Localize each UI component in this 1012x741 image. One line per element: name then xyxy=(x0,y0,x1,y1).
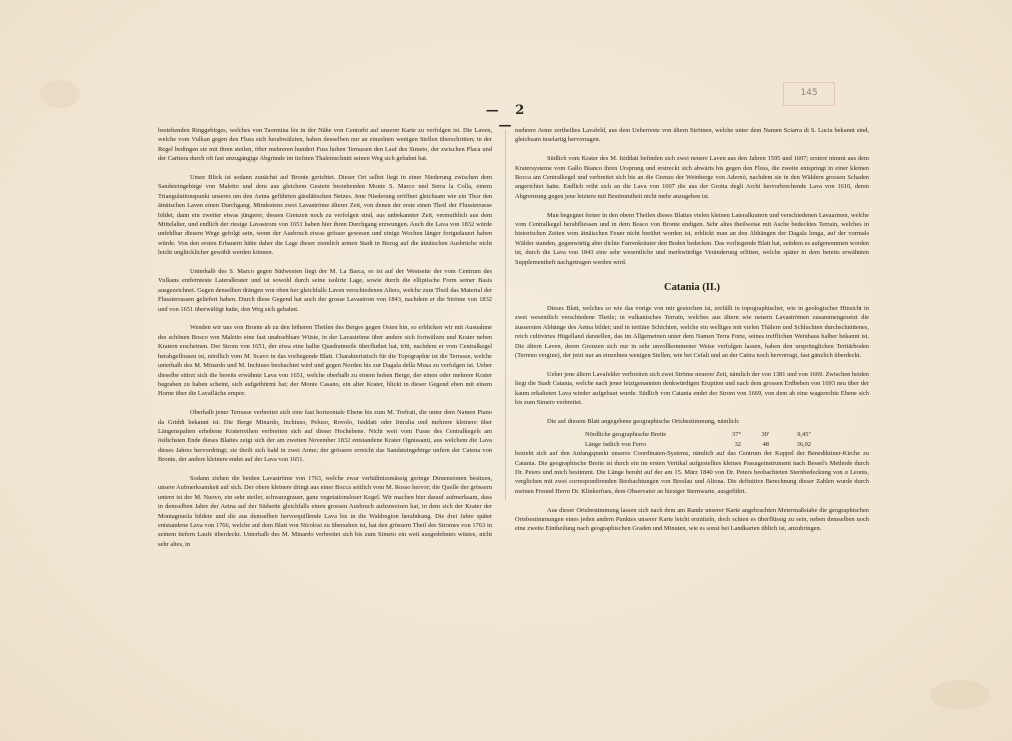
coordinate-minutes: 48 xyxy=(741,440,769,449)
paragraph: Ueber jene ältern Lavafelder verbreiten … xyxy=(515,370,869,408)
coordinate-degrees: 32 xyxy=(713,440,741,449)
paragraph: Unser Blick ist sodann zunächst auf Bron… xyxy=(158,173,492,258)
section-title: Catania (II.) xyxy=(515,281,869,295)
paragraph: Aus dieser Ortsbestimmung lassen sich na… xyxy=(515,506,869,534)
column-divider xyxy=(505,130,506,500)
coordinate-seconds: 9,45" xyxy=(769,430,811,439)
paragraph: Sodann ziehen die beiden Lavaströme von … xyxy=(158,474,492,549)
paragraph: mehrere Arme zertheiltes Lavafeld, aus d… xyxy=(515,126,869,145)
paper-stain xyxy=(40,80,80,108)
coordinate-label: Länge östlich von Ferro xyxy=(585,440,713,449)
coordinate-row: Länge östlich von Ferro 32 48 36,92 xyxy=(585,440,869,449)
paragraph: Dieses Blatt, welches so wie das vorige … xyxy=(515,304,869,360)
coordinate-row: Nördliche geographische Breite 37° 30' 9… xyxy=(585,430,869,439)
coordinate-degrees: 37° xyxy=(713,430,741,439)
right-column: mehrere Arme zertheiltes Lavafeld, aus d… xyxy=(515,126,869,543)
coordinate-seconds: 36,92 xyxy=(769,440,811,449)
paper-stain xyxy=(930,680,990,710)
paragraph: bezieht sich auf den Anfangspunkt unsere… xyxy=(515,449,869,496)
paragraph: Unterhalb des S. Marco gegen Südwesten l… xyxy=(158,267,492,314)
paragraph: Oberhalb jener Terrasse verbreitet sich … xyxy=(158,408,492,464)
coords-intro: Die auf diesem Blatt angegebene geograph… xyxy=(515,417,869,426)
paragraph: bestehenden Ringgebirges, welches von Ta… xyxy=(158,126,492,164)
coordinate-minutes: 30' xyxy=(741,430,769,439)
coordinates-table: Nördliche geographische Breite 37° 30' 9… xyxy=(585,430,869,449)
paragraph: Man begegnet ferner in den obern Theilen… xyxy=(515,211,869,267)
paragraph: Südlich vom Krater des M. Isiddati befin… xyxy=(515,154,869,201)
archive-stamp: 145 xyxy=(783,82,835,106)
coordinate-label: Nördliche geographische Breite xyxy=(585,430,713,439)
paragraph: Wenden wir uns von Bronte ab zu den höhe… xyxy=(158,323,492,398)
left-column: bestehenden Ringgebirges, welches von Ta… xyxy=(158,126,492,559)
scanned-page: — 2 — 145 bestehenden Ringgebirges, welc… xyxy=(0,0,1012,741)
